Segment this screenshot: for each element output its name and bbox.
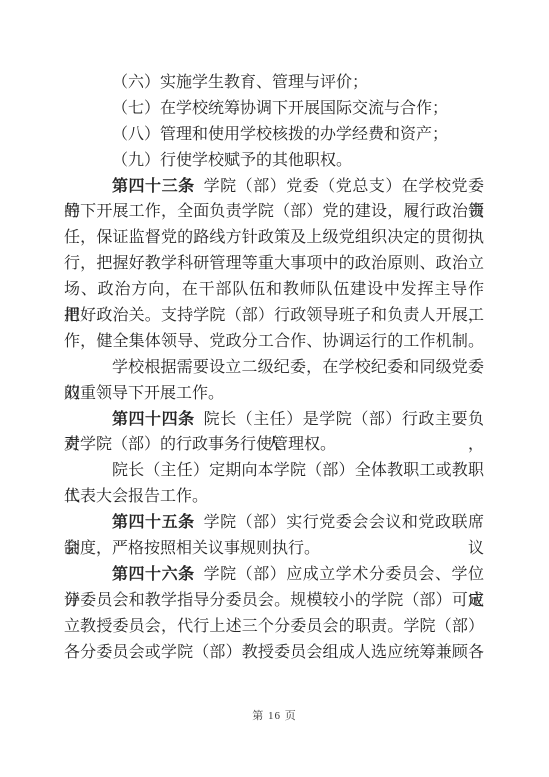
article-number: 第四十五条 bbox=[112, 514, 195, 531]
line-text: 对学院（部）的行政事务行使管理权。 bbox=[64, 436, 336, 453]
document-line: 第四十三条学院（部）党委（党总支）在学校党委的领 bbox=[64, 174, 484, 200]
line-text: 制度，严格按照相关议事规则执行。 bbox=[64, 540, 320, 557]
document-line: （七）在学校统筹协调下开展国际交流与合作； bbox=[64, 96, 484, 122]
document-line: 第四十四条院长（主任）是学院（部）行政主要负责人， bbox=[64, 407, 484, 433]
document-line: （八）管理和使用学校核拨的办学经费和资产； bbox=[64, 122, 484, 148]
document-line: 把好政治关。支持学院（部）行政领导班子和负责人开展工 bbox=[64, 303, 484, 329]
document-line: 场、政治方向，在干部队伍和教师队伍建设中发挥主导作用， bbox=[64, 277, 484, 303]
document-line: 行，把握好教学科研管理等重大事项中的政治原则、政治立 bbox=[64, 251, 484, 277]
document-line: 第四十六条学院（部）应成立学术分委员会、学位评定 bbox=[64, 562, 484, 588]
document-line: 任，保证监督党的路线方针政策及上级党组织决定的贯彻执 bbox=[64, 225, 484, 251]
document-line: 双重领导下开展工作。 bbox=[64, 381, 484, 407]
line-text: （八）管理和使用学校核拨的办学经费和资产； bbox=[112, 126, 448, 143]
document-line: 第四十五条学院（部）实行党委会会议和党政联席会议 bbox=[64, 510, 484, 536]
document-line: 代表大会报告工作。 bbox=[64, 484, 484, 510]
line-text: （六）实施学生教育、管理与评价； bbox=[112, 74, 368, 91]
line-text: 立教授委员会，代行上述三个分委员会的职责。学院（部） bbox=[64, 618, 484, 635]
document-line: 导下开展工作，全面负责学院（部）党的建设，履行政治责 bbox=[64, 199, 484, 225]
page-number: 第 16 页 bbox=[0, 707, 549, 723]
line-text: （七）在学校统筹协调下开展国际交流与合作； bbox=[112, 100, 448, 117]
line-text: 把好政治关。支持学院（部）行政领导班子和负责人开展工 bbox=[64, 307, 484, 324]
line-text: 代表大会报告工作。 bbox=[64, 488, 208, 505]
line-text: 作，健全集体领导、党政分工合作、协调运行的工作机制。 bbox=[64, 333, 484, 350]
line-text: 行，把握好教学科研管理等重大事项中的政治原则、政治立 bbox=[64, 255, 484, 272]
article-number: 第四十四条 bbox=[112, 411, 195, 428]
document-line: 分委员会和教学指导分委员会。规模较小的学院（部）可成 bbox=[64, 588, 484, 614]
document-line: 院长（主任）定期向本学院（部）全体教职工或教职工 bbox=[64, 458, 484, 484]
document-line: 作，健全集体领导、党政分工合作、协调运行的工作机制。 bbox=[64, 329, 484, 355]
line-text: 任，保证监督党的路线方针政策及上级党组织决定的贯彻执 bbox=[64, 229, 484, 246]
article-number: 第四十六条 bbox=[112, 566, 195, 583]
document-line: 立教授委员会，代行上述三个分委员会的职责。学院（部） bbox=[64, 614, 484, 640]
document-line: 学校根据需要设立二级纪委，在学校纪委和同级党委的 bbox=[64, 355, 484, 381]
line-text: 导下开展工作，全面负责学院（部）党的建设，履行政治责 bbox=[64, 203, 484, 220]
line-text: 分委员会和教学指导分委员会。规模较小的学院（部）可成 bbox=[64, 592, 484, 609]
line-text: 双重领导下开展工作。 bbox=[64, 385, 224, 402]
line-text: 各分委员会或学院（部）教授委员会组成人选应统筹兼顾各 bbox=[64, 644, 484, 661]
line-text: （九）行使学校赋予的其他职权。 bbox=[112, 152, 352, 169]
document-line: （六）实施学生教育、管理与评价； bbox=[64, 70, 484, 96]
document-line: 各分委员会或学院（部）教授委员会组成人选应统筹兼顾各 bbox=[64, 640, 484, 666]
article-number: 第四十三条 bbox=[112, 178, 195, 195]
document-body: （六）实施学生教育、管理与评价； （七）在学校统筹协调下开展国际交流与合作； （… bbox=[64, 70, 484, 665]
document-page: （六）实施学生教育、管理与评价； （七）在学校统筹协调下开展国际交流与合作； （… bbox=[0, 0, 549, 777]
document-line: （九）行使学校赋予的其他职权。 bbox=[64, 148, 484, 174]
